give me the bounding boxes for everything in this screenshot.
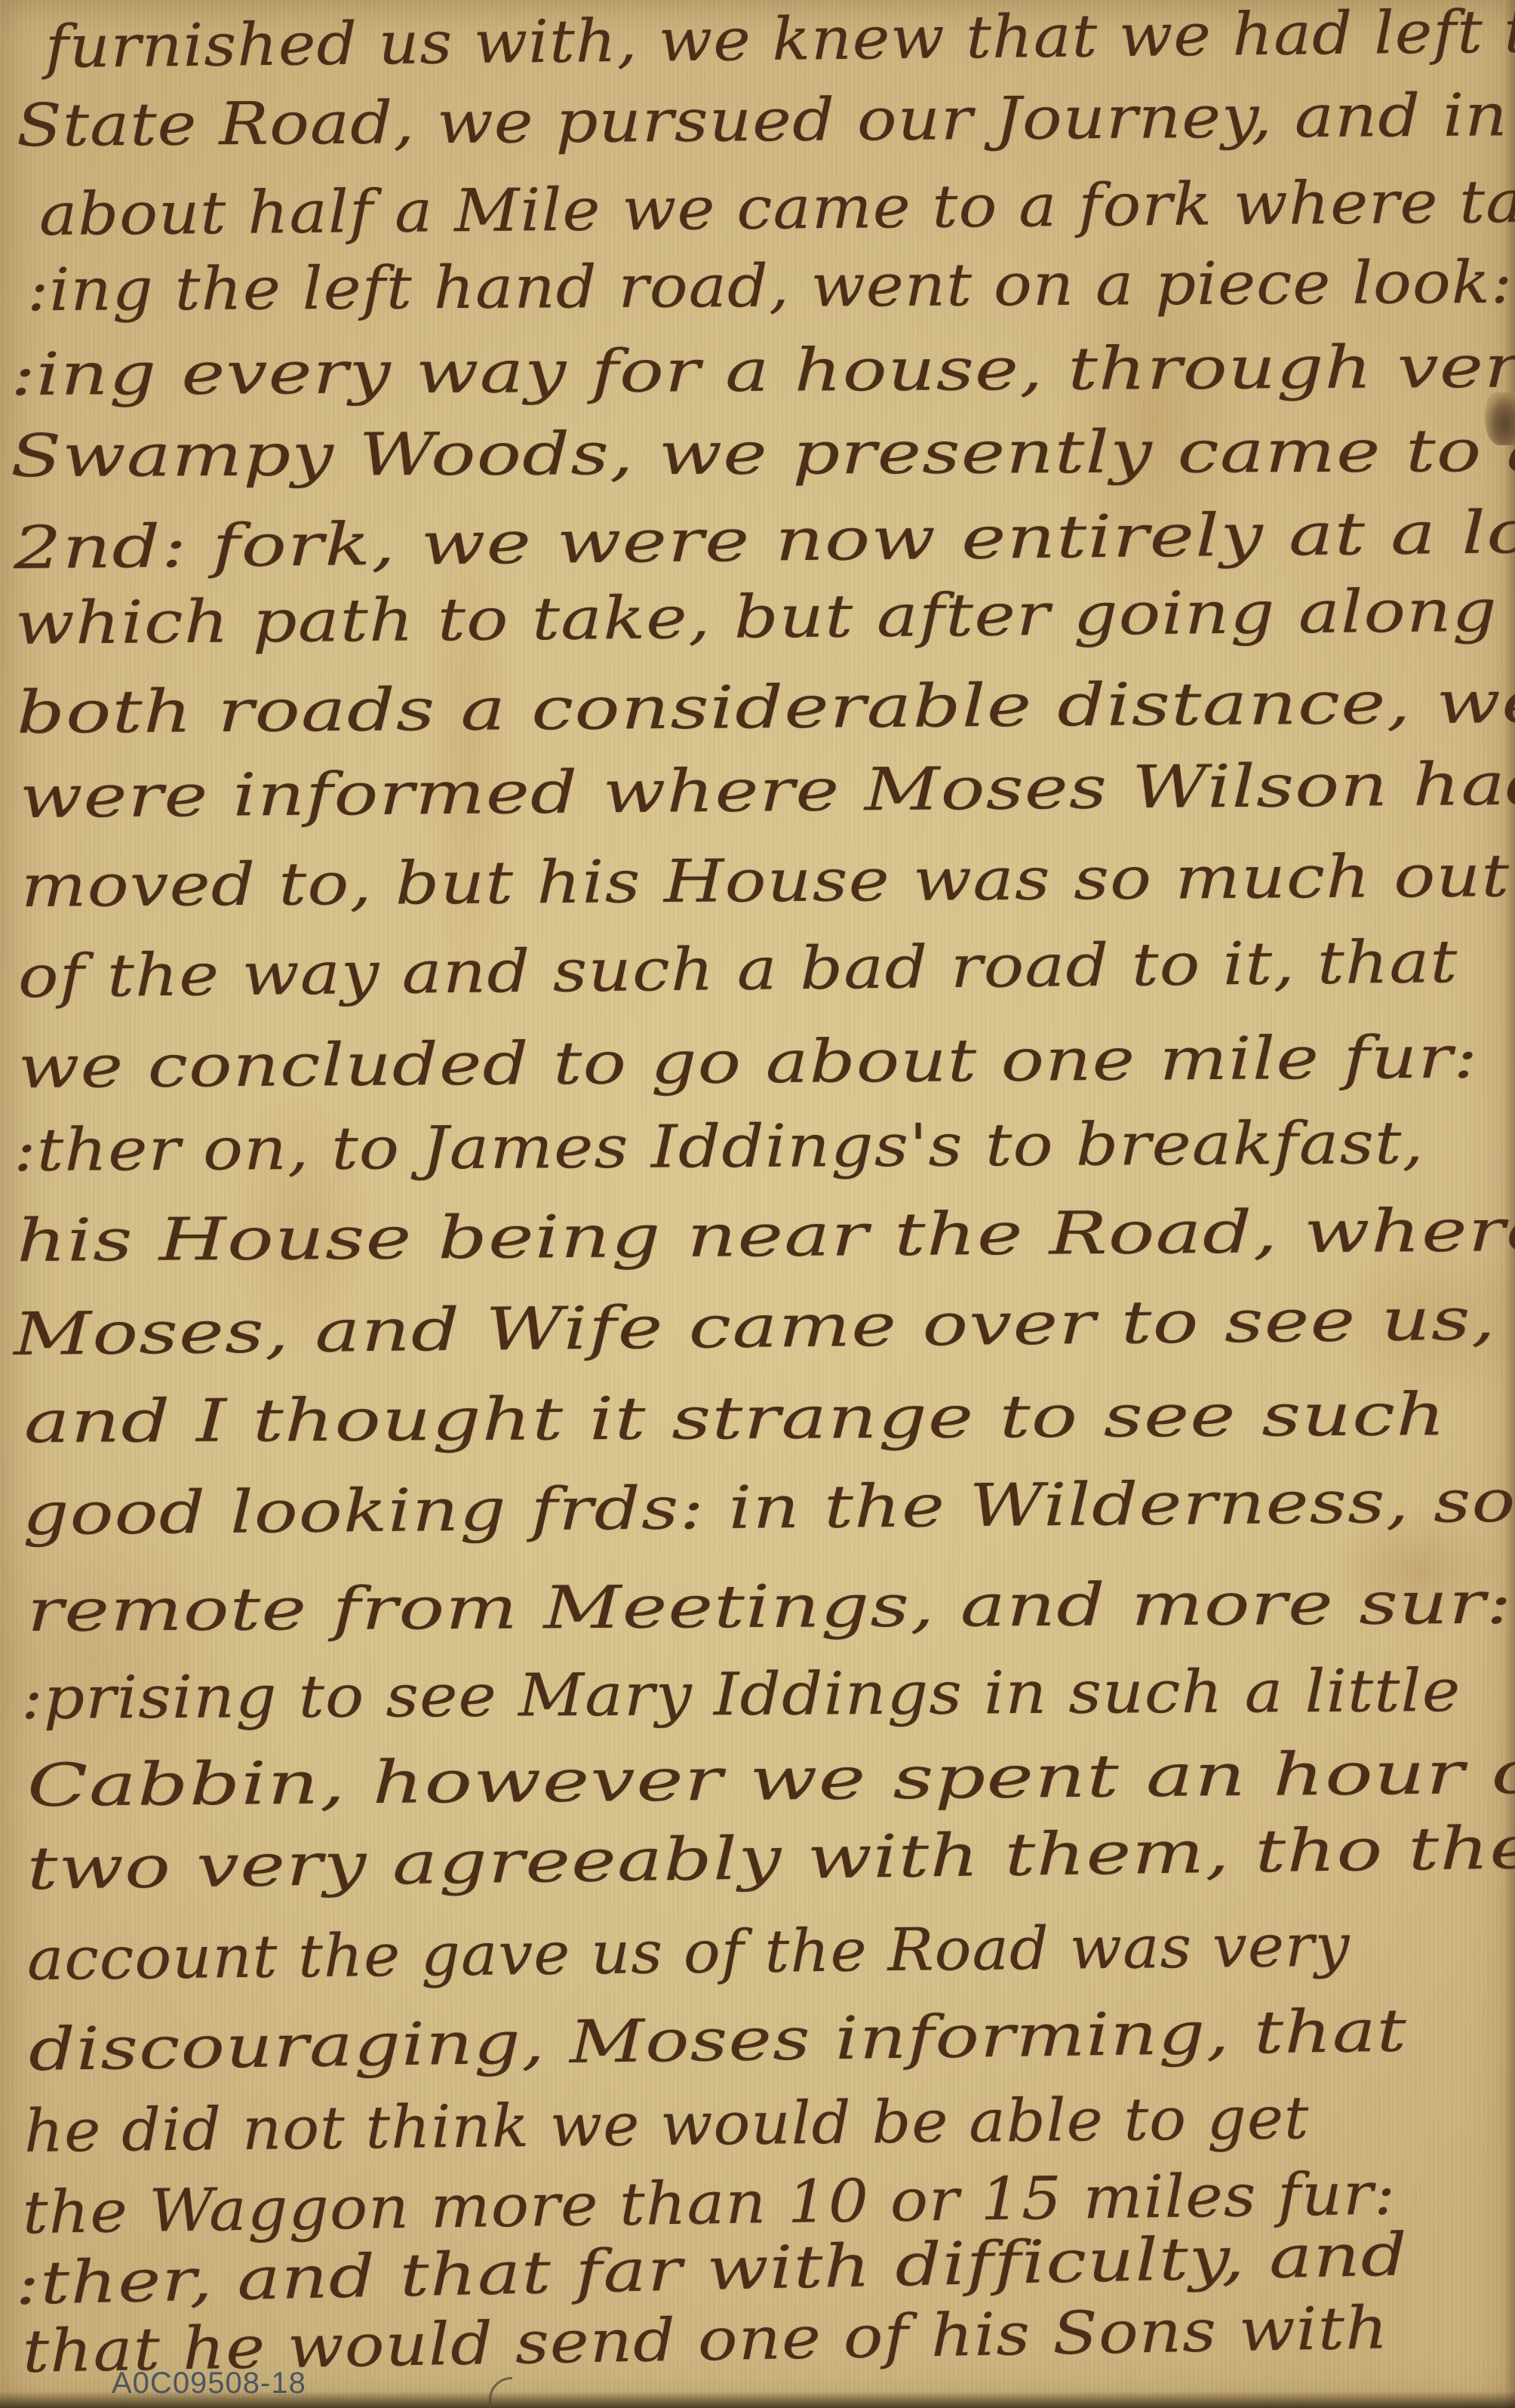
manuscript-line-15: his House being near the Road, where (17, 1197, 1515, 1275)
archive-catalog-number: A0C09508-18 (112, 2366, 306, 2400)
manuscript-line-11: moved to, but his House was so much out (21, 842, 1510, 921)
handwritten-text-body: furnished us with, we knew that we had l… (0, 0, 1515, 2408)
manuscript-line-25: he did not think we would be able to get (24, 2084, 1310, 2166)
manuscript-line-18: good looking frds: in the Wilderness, so (23, 1468, 1515, 1548)
manuscript-line-2: State Road, we pursued our Journey, and … (17, 81, 1508, 160)
manuscript-line-20: :prising to see Mary Iddings in such a l… (21, 1657, 1461, 1733)
manuscript-line-13: we concluded to go about one mile fur: (18, 1023, 1479, 1102)
manuscript-line-14: :ther on, to James Iddings's to breakfas… (14, 1109, 1424, 1185)
manuscript-line-3: about half a Mile we came to a fork wher… (39, 168, 1515, 249)
manuscript-line-1: furnished us with, we knew that we had l… (45, 0, 1515, 81)
manuscript-line-10: were informed where Moses Wilson had (20, 750, 1515, 832)
manuscript-line-24: discouraging, Moses informing, that (28, 1997, 1407, 2084)
manuscript-line-8: which path to take, but after going alon… (15, 577, 1498, 658)
manuscript-line-23: account the gave us of the Road was very (27, 1912, 1351, 1994)
manuscript-line-22: two very agreeably with them, tho the (26, 1814, 1515, 1903)
manuscript-line-21: Cabbin, however we spent an hour or (27, 1739, 1515, 1820)
manuscript-line-5: :ing every way for a house, through very (11, 333, 1515, 409)
manuscript-page: furnished us with, we knew that we had l… (0, 0, 1515, 2408)
manuscript-line-17: and I thought it strange to see such (24, 1381, 1446, 1456)
manuscript-line-12: of the way and such a bad road to it, th… (18, 928, 1458, 1011)
manuscript-line-19: remote from Meetings, and more sur: (27, 1570, 1513, 1645)
manuscript-line-16: Moses, and Wife came over to see us, (14, 1285, 1497, 1369)
manuscript-line-4: :ing the left hand road, went on a piece… (27, 249, 1513, 324)
manuscript-line-6: Swampy Woods, we presently came to a (11, 417, 1515, 491)
manuscript-line-9: both roads a considerable distance, we (17, 669, 1515, 747)
manuscript-line-7: 2nd: fork, we were now entirely at a los… (14, 498, 1515, 583)
